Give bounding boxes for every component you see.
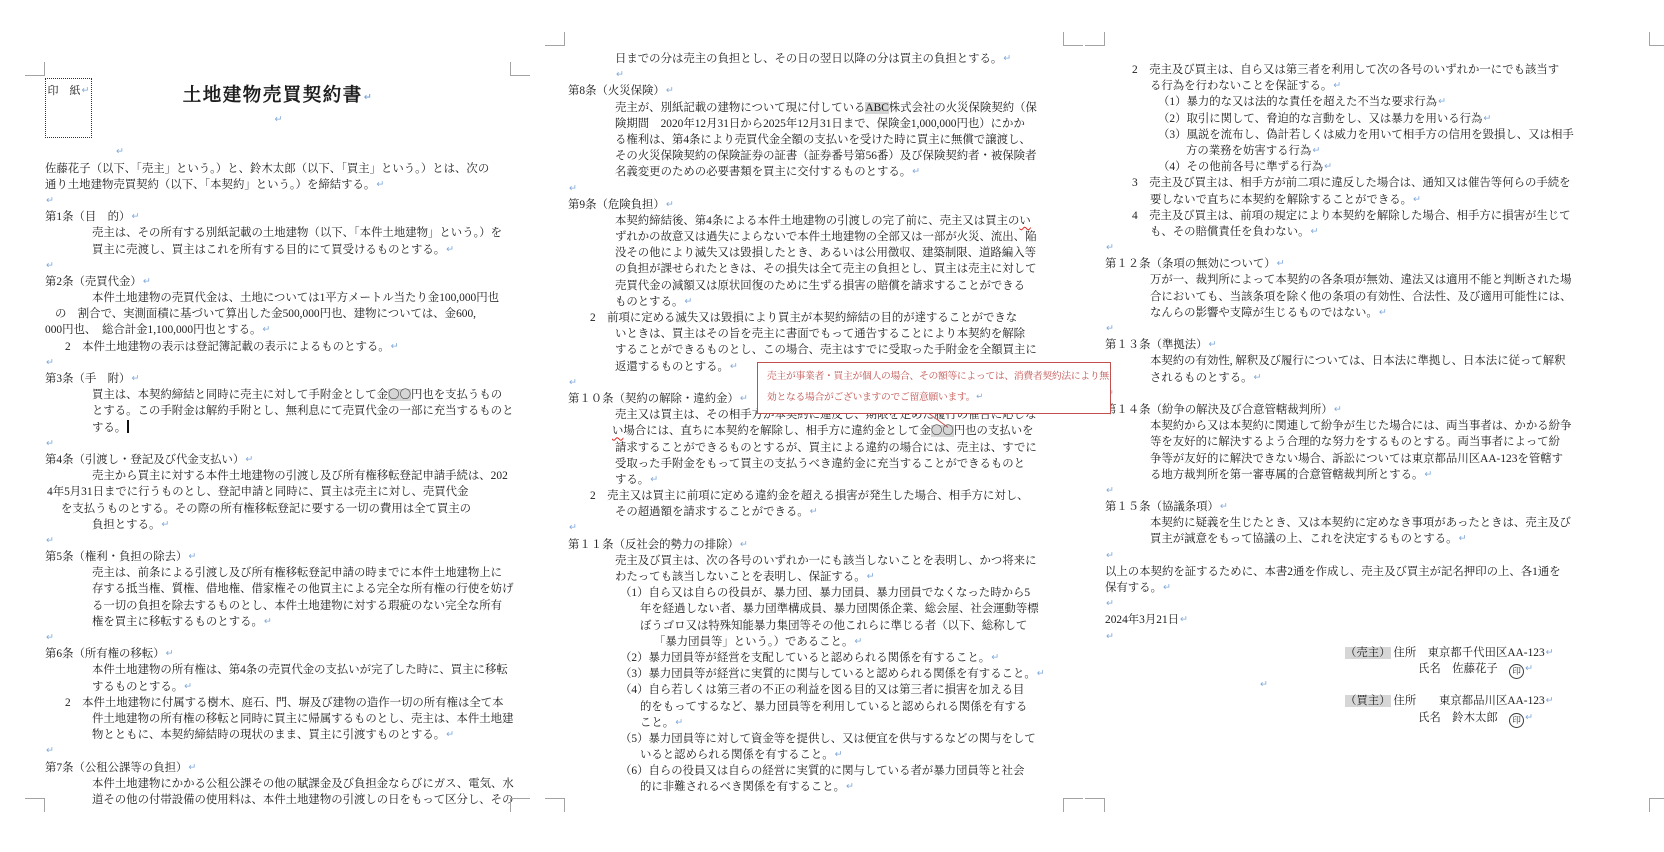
return-mark-icon: ↵ (1412, 194, 1421, 205)
return-mark-icon: ↵ (1105, 485, 1114, 496)
text-run: る権利は、第4条により売買代金全額の支払いを受けた時に買主に無償で譲渡し、 (615, 134, 1031, 146)
return-mark-icon: ↵ (975, 392, 983, 402)
text-run: も、その賠償責任を負わない。 (1150, 226, 1309, 238)
text-run: 第6条（所有権の移転） (45, 648, 165, 660)
text-run: わたっても該当しないことを表明し、保証する。 (615, 571, 866, 583)
text-run: 2 本件土地建物の表示は登記簿記載の表示によるものとする。 (65, 341, 390, 353)
return-mark-icon: ↵ (665, 85, 674, 96)
text-line: る一切の負担を除去するものとし、本件土地建物に対する瑕疵のない完全な所有 (45, 598, 511, 614)
text-run: 第１４条（紛争の解決及び合意管轄裁判所） (1105, 404, 1333, 416)
comment-balloon[interactable]: 売主が事業者・買主が個人の場合、その額等によっては、消費者契約法により無 効とな… (757, 362, 1111, 414)
blank-line: ↵ (45, 144, 511, 160)
blank-line: ↵ (1105, 596, 1653, 612)
text-run: とする。この手附金は解約手附とし、無利息にて売買代金の一部に充当するものと (92, 405, 513, 417)
buyer-address-line: （買主） 住所 東京都品川区AA-123↵ (1105, 693, 1653, 709)
article-heading: 第１２条（条項の無効について）↵ (1105, 256, 1653, 272)
text-run: （3）風説を流布し、偽計若しくは威力を用いて相手方の信用を毀損し、又は相手 (1158, 129, 1574, 141)
text-run: 合においても、当該条項を除く他の条項の有効性、合法性、及び適用可能性には、 (1150, 291, 1571, 303)
text-run: 2 売主又は買主に前項に定める違約金を超える損害が発生した場合、相手方に対し、 (590, 490, 1029, 502)
text-line: いると認められる関係を有すること。↵ (568, 747, 1066, 763)
text-run: 第１３条（準拠法） (1105, 339, 1208, 351)
return-mark-icon: ↵ (1545, 647, 1554, 658)
return-mark-icon: ↵ (160, 519, 169, 530)
text-line: の負担が課せられたときは、その損失は全て売主の負担とし、買主は売主に対して (568, 261, 1066, 277)
text-run: 000円也、 総合計金1,100,000円也とする。 (45, 324, 261, 336)
return-mark-icon: ↵ (683, 296, 692, 307)
return-mark-icon: ↵ (1323, 161, 1332, 172)
text-line: 存する抵当権、質権、借地権、借家権その他買主による完全な所有権の行使を妨げ (45, 581, 511, 597)
text-line: 3 売主及び買主は、相手方が前二項に違反した場合は、通知又は催告等何らの手続を (1105, 175, 1653, 191)
blank-line: ↵ (568, 181, 1066, 197)
text-line: （1）暴力的な又は法的な責任を超えた不当な要求行為↵ (1105, 94, 1653, 110)
crop-mark (1063, 798, 1083, 812)
text-line: 等を友好的に解決するよう合理的な努力をするものとする。両当事者によって紛 (1105, 434, 1653, 450)
return-mark-icon: ↵ (1208, 339, 1217, 350)
page-3: 2 売主及び買主は、自ら又は第三者を利用して次の各号のいずれか一にでも該当する行… (1105, 62, 1653, 726)
return-mark-icon: ↵ (1378, 307, 1387, 318)
text-run: する。 (92, 422, 126, 434)
text-run: 氏名 鈴木太郎 (1418, 712, 1509, 724)
text-run: 氏名 佐藤花子 (1418, 663, 1509, 675)
text-run: 2 前項に定める滅失又は毀損により買主が本契約締結の目的が達することができな (590, 312, 1017, 324)
text-run: その超過額を請求することができる。 (615, 506, 809, 518)
return-mark-icon: ↵ (911, 166, 920, 177)
text-run: 3 売主及び買主は、相手方が前二項に違反した場合は、通知又は催告等何らの手続を (1132, 177, 1571, 189)
text-run: 4 売主及び買主は、前項の規定により本契約を解除した場合、相手方に損害が生じて (1132, 210, 1571, 222)
return-mark-icon: ↵ (615, 69, 624, 80)
text-run: 買主に売渡し、買主はこれを所有する目的にて買受けるものとする。 (92, 244, 445, 256)
text-line: 本契約に疑義を生じたとき、又は本契約に定めなき事項があったときは、売主及び (1105, 515, 1653, 531)
text-run: 保有する。 (1105, 582, 1162, 594)
return-mark-icon: ↵ (130, 211, 139, 222)
document-title: 土地建物売買契約書↵ (45, 80, 511, 112)
text-run: 負担とする。 (92, 519, 160, 531)
return-mark-icon: ↵ (1219, 501, 1228, 512)
text-run: 等を友好的に解決するよう合理的な努力をするものとする。両当事者によって紛 (1150, 436, 1560, 448)
blank-line: ↵ (45, 193, 511, 209)
text-run: 本契約の有効性, 解釈及び履行については、日本法に準拠し、日本法に従って解釈 (1150, 355, 1566, 367)
text-run: 争等が友好的に解決できない場合、訴訟については東京都品川区AA-123を管轄す (1150, 453, 1563, 465)
text-line: こと。↵ (568, 715, 1066, 731)
text-run: 本契約に疑義を生じたとき、又は本契約に定めなき事項があったときは、売主及び (1150, 517, 1571, 529)
return-mark-icon: ↵ (1458, 533, 1467, 544)
text-line: る地方裁判所を第一審専属的合意管轄裁判所とする。↵ (1105, 467, 1653, 483)
text-run: （2）取引に関して、脅迫的な言動をし、又は暴力を用いる行為 (1158, 113, 1482, 125)
text-run: 日までの分は売主の負担とし、その日の翌日以降の分は買主の負担とする。 (615, 53, 1002, 65)
return-mark-icon: ↵ (739, 393, 748, 404)
text-run: 険期間 2020年12月31日から2025年12月31日まで、保険金1,000,… (615, 118, 1025, 130)
text-run: こと。 (640, 717, 674, 729)
text-run: 買主が誠意をもって協議の上、これを決定するものとする。 (1150, 533, 1458, 545)
return-mark-icon: ↵ (1311, 145, 1320, 156)
return-mark-icon: ↵ (1333, 404, 1342, 415)
text-line: 争等が友好的に解決できない場合、訴訟については東京都品川区AA-123を管轄す (1105, 451, 1653, 467)
text-run: する。 (615, 474, 649, 486)
text-run: 存する抵当権、質権、借地権、借家権その他買主による完全な所有権の行使を妨げ (92, 583, 513, 595)
text-run: 第8条（火災保険） (568, 85, 665, 97)
return-mark-icon: ↵ (130, 373, 139, 384)
text-run: の 割合で、実測面積に基づいて算出した金500,000円也、建物については、金6… (55, 308, 476, 320)
text-line: 年を経過しない者、暴力団準構成員、暴力団関係企業、総会屋、社会運動等標 (568, 601, 1066, 617)
text-run: 売主から買主に対する本件土地建物の引渡し及び所有権移転登記申請手続は、202 (92, 470, 508, 482)
highlighted-text: （買主） (1345, 695, 1391, 707)
text-run: （4）その他前各号に準ずる行為 (1158, 161, 1323, 173)
text-line: 売主は、前条による引渡し及び所有権移転登記申請の時までに本件土地建物上に (45, 565, 511, 581)
text-line: 売主から買主に対する本件土地建物の引渡し及び所有権移転登記申請手続は、202 (45, 468, 511, 484)
blank-line: ↵ (45, 436, 511, 452)
text-run: 売主及び買主は、次の各号のいずれか一にも該当しないことを表明し、かつ将来に (615, 555, 1036, 567)
text-line: 売主及び買主は、次の各号のいずれか一にも該当しないことを表明し、かつ将来に (568, 553, 1066, 569)
document-canvas: { "document": { "title": "土地建物売買契約書", "s… (0, 0, 1664, 852)
text-run: なんらの影響や支障が生じるものではない。 (1150, 307, 1378, 319)
text-line: するものとする。↵ (45, 679, 511, 695)
text-run: 本件土地建物にかかる公租公課その他の賦課金及び負担金ならびにガス、電気、水 (92, 778, 514, 790)
return-mark-icon: ↵ (739, 539, 748, 550)
text-run: 住所 東京都千代田区AA-123 (1391, 647, 1545, 659)
return-mark-icon: ↵ (261, 324, 270, 335)
text-run: 第１１条（反社会的勢力の排除） (568, 539, 739, 551)
text-run: その火災保険契約の保険証券の証書（証券番号第56番）及び保険契約者・被保険者 (615, 150, 1036, 162)
text-line: 「暴力団員等」という。）であること。↵ (568, 634, 1066, 650)
blank-line (45, 128, 511, 144)
return-mark-icon: ↵ (834, 749, 843, 760)
text-run: 第1条（目 的） (45, 211, 130, 223)
return-mark-icon: ↵ (1002, 53, 1011, 64)
text-run: 的をもってするなど、暴力団員等を利用していると認められる関係を有する (640, 701, 1027, 713)
text-line: を支払うものとする。その際の所有権移転登記に要する一切の費用は全て買主の (45, 501, 511, 517)
blank-line: ↵ (1105, 548, 1653, 564)
text-line: 件土地建物の所有権の移転と同時に買主に帰属するものとし、売主は、本件土地建 (45, 711, 511, 727)
text-line: 買主は、本契約締結と同時に売主に対して手附金として金〇〇円也を支払うもの (45, 387, 511, 403)
return-mark-icon: ↵ (1259, 679, 1268, 690)
text-run: 売主は、その所有する別紙記載の土地建物（以下、「本件土地建物」という。）を (92, 227, 502, 239)
text-line: （2）取引に関して、脅迫的な言動をし、又は暴力を用いる行為↵ (1105, 111, 1653, 127)
blank-line: ↵ (45, 533, 511, 549)
blank-line: ↵ (1105, 483, 1653, 499)
text-run: 佐藤花子（以下、「売主」という。）と、鈴木太郎（以下、「買主」という。）とは、次… (45, 163, 489, 175)
text-run: 場合には、直ちに本契約を解除し、相手方に違約金として金 (623, 425, 931, 437)
text-run: （4）自ら若しくは第三者の不正の利益を図る目的又は第三者に損害を加える目 (620, 684, 1024, 696)
blank-line: ↵ (1105, 386, 1653, 402)
return-mark-icon: ↵ (1276, 258, 1285, 269)
text-line: 請求することができるものとするが、買主による違約の場合には、売主は、すでに (568, 440, 1066, 456)
text-line: 2 前項に定める滅失又は毀損により買主が本契約締結の目的が達することができな (568, 310, 1066, 326)
text-run: されるものとする。 (1150, 372, 1253, 384)
spellcheck-text: い (1019, 215, 1030, 227)
text-line: する。↵ (568, 472, 1066, 488)
return-mark-icon: ↵ (1309, 226, 1318, 237)
text-line: 本契約の有効性, 解釈及び履行については、日本法に準拠し、日本法に従って解釈 (1105, 353, 1653, 369)
return-mark-icon: ↵ (375, 179, 384, 190)
text-run: （2）暴力団員等が経営を支配していると認められる関係を有すること。 (620, 652, 990, 664)
text-line: （2）暴力団員等が経営を支配していると認められる関係を有すること。↵ (568, 650, 1066, 666)
text-line: いときは、買主はその旨を売主に書面でもって通告することにより本契約を解除 (568, 326, 1066, 342)
page-2: 日までの分は売主の負担とし、その日の翌日以降の分は買主の負担とする。↵↵第8条（… (568, 51, 1066, 796)
return-mark-icon: ↵ (1423, 469, 1432, 480)
text-run: いると認められる関係を有すること。 (640, 749, 834, 761)
return-mark-icon: ↵ (445, 244, 454, 255)
return-mark-icon: ↵ (853, 636, 862, 647)
text-line: （6）自らの役員又は自らの経営に実質的に関与している者が暴力団員等と社会 (568, 763, 1066, 779)
text-run: 件土地建物の所有権の移転と同時に買主に帰属するものとし、売主は、本件土地建 (92, 713, 513, 725)
article-heading: 第7条（公租公課等の負担）↵ (45, 760, 511, 776)
text-line: 本件土地建物にかかる公租公課その他の賦課金及び負担金ならびにガス、電気、水 (45, 776, 511, 792)
return-mark-icon: ↵ (1162, 582, 1171, 593)
text-run: る一切の負担を除去するものとし、本件土地建物に対する瑕疵のない完全な所有 (92, 600, 502, 612)
text-line: 本契約締結後、第4条による本件土地建物の引渡しの完了前に、売主又は買主のい (568, 213, 1066, 229)
text-line: 名義変更のための必要書類を買主に交付するものとする。↵ (568, 164, 1066, 180)
text-run: 2024年3月21日 (1105, 614, 1179, 626)
text-line: ぼうゴロ又は特殊知能暴力集団等その他これらに準じる者（以下、総称して (568, 618, 1066, 634)
text-line: 2 本件土地建物に付属する樹木、庭石、門、塀及び建物の造作一切の所有権は全て本 (45, 695, 511, 711)
return-mark-icon: ↵ (363, 92, 373, 103)
blank-line: ↵ (45, 258, 511, 274)
text-run: 2 売主及び買主は、自ら又は第三者を利用して次の各号のいずれか一にでも該当す (1132, 64, 1559, 76)
text-line: 4 売主及び買主は、前項の規定により本契約を解除した場合、相手方に損害が生じて (1105, 208, 1653, 224)
text-run: 通り土地建物売買契約（以下、「本契約」という。）を締結する。 (45, 179, 375, 191)
return-mark-icon: ↵ (1332, 80, 1341, 91)
return-mark-icon: ↵ (183, 681, 192, 692)
text-line: も、その賠償責任を負わない。↵ (1105, 224, 1653, 240)
return-mark-icon: ↵ (1545, 695, 1554, 706)
article-heading: 第１５条（協議条項）↵ (1105, 499, 1653, 515)
crop-mark (25, 798, 45, 812)
blank-line: ↵ (1105, 321, 1653, 337)
return-mark-icon: ↵ (1253, 372, 1262, 383)
text-run: （5）暴力団員等に対して資金等を提供し、又は便宜を供与するなどの関与をして (620, 733, 1036, 745)
text-line: する。 (45, 420, 511, 436)
blank-line: ↵ (1105, 629, 1653, 645)
blank-line: ↵ (45, 630, 511, 646)
text-line: 本件土地建物の売買代金は、土地については1平方メートル当たり金100,000円也 (45, 290, 511, 306)
crop-mark (545, 32, 565, 46)
text-line: することができるものとし、この場合、売主はすでに受取った手附金を全額買主に (568, 342, 1066, 358)
text-run: （1）自ら又は自らの役員が、暴力団、暴力団員、暴力団員でなくなった時から5 (620, 587, 1030, 599)
return-mark-icon: ↵ (1482, 113, 1491, 124)
text-run: 本件土地建物の売買代金は、土地については1平方メートル当たり金100,000円也 (92, 292, 499, 304)
text-run: 第１５条（協議条項） (1105, 501, 1219, 513)
text-line: 日までの分は売主の負担とし、その日の翌日以降の分は買主の負担とする。↵ (568, 51, 1066, 67)
text-line: い場合には、直ちに本契約を解除し、相手方に違約金として金〇〇円也の支払いを (568, 423, 1066, 439)
text-run: 要しないで直ちに本契約を解除することができる。 (1150, 194, 1412, 206)
seller-address-line: （売主） 住所 東京都千代田区AA-123↵ (1105, 645, 1653, 661)
text-line: 佐藤花子（以下、「売主」という。）と、鈴木太郎（以下、「買主」という。）とは、次… (45, 161, 511, 177)
return-mark-icon: ↵ (568, 522, 577, 533)
text-line: 以上の本契約を証するために、本書2通を作成し、売主及び買主が記名押印の上、各1通… (1105, 564, 1653, 580)
text-line: 売買代金の減額又は原状回復のために生ずる損害の賠償を請求することができる (568, 278, 1066, 294)
text-run: することができるものとし、この場合、売主はすでに受取った手附金を全額買主に (615, 344, 1037, 356)
text-line: （4）その他前各号に準ずる行為↵ (1105, 159, 1653, 175)
crop-mark (545, 798, 565, 812)
crop-mark (25, 62, 45, 76)
seal-icon: 印 (1509, 713, 1524, 728)
return-mark-icon: ↵ (263, 616, 272, 627)
return-mark-icon: ↵ (1105, 242, 1114, 253)
text-line: 本契約から又は本契約に関連して紛争が生じた場合には、両当事者は、かかる紛争 (1105, 418, 1653, 434)
return-mark-icon: ↵ (845, 781, 854, 792)
text-line: 2 売主及び買主は、自ら又は第三者を利用して次の各号のいずれか一にでも該当す (1105, 62, 1653, 78)
return-mark-icon: ↵ (674, 717, 683, 728)
return-mark-icon: ↵ (445, 729, 454, 740)
crop-mark (1085, 32, 1105, 46)
article-heading: 第2条（売買代金）↵ (45, 274, 511, 290)
text-run: る地方裁判所を第一審専属的合意管轄裁判所とする。 (1150, 469, 1423, 481)
comment-text-line: 効となる場合がございますのでご留意願います。↵ (767, 387, 1106, 408)
text-line: 万が一、裁判所によって本契約の各条項が無効、違法又は適用不能と判断された場 (1105, 272, 1653, 288)
text-line: 険期間 2020年12月31日から2025年12月31日まで、保険金1,000,… (568, 116, 1066, 132)
text-run: 第5条（権利・負担の除去） (45, 551, 187, 563)
article-heading: 第１４条（紛争の解決及び合意管轄裁判所）↵ (1105, 402, 1653, 418)
crop-mark (1649, 798, 1664, 812)
text-run: 第１２条（条項の無効について） (1105, 258, 1276, 270)
text-run: （6）自らの役員又は自らの経営に実質的に関与している者が暴力団員等と社会 (620, 765, 1024, 777)
article-heading: 第6条（所有権の移転）↵ (45, 646, 511, 662)
text-run: る行為を行わないことを保証する。 (1150, 80, 1332, 92)
article-heading: 第4条（引渡し・登記及び代金支払い）↵ (45, 452, 511, 468)
highlighted-text: ABC (865, 102, 888, 114)
text-line: 合においても、当該条項を除く他の条項の有効性、合法性、及び適用可能性には、 (1105, 289, 1653, 305)
return-mark-icon: ↵ (568, 183, 577, 194)
text-line: 没その他により滅失又は毀損したとき、あるいは公用徴収、建築制限、道路編入等 (568, 245, 1066, 261)
return-mark-icon: ↵ (990, 652, 999, 663)
return-mark-icon: ↵ (274, 114, 283, 125)
text-line: 本件土地建物の所有権は、第4条の売買代金の支払いが完了した時に、買主に移転 (45, 662, 511, 678)
text-run: 受取った手附金をもって買主の支払うべき違約金に充当することができるものと (615, 458, 1025, 470)
blank-line: ↵ (45, 112, 511, 128)
text-line: 権を買主に移転するものとする。↵ (45, 614, 511, 630)
text-run: 2 本件土地建物に付属する樹木、庭石、門、塀及び建物の造作一切の所有権は全て本 (65, 697, 504, 709)
return-mark-icon: ↵ (45, 260, 54, 271)
text-line: 道その他の付帯設備の使用料は、本件土地建物の引渡しの日をもって区分し、その (45, 792, 511, 808)
buyer-name-line: 氏名 鈴木太郎 印↵ (1105, 710, 1653, 726)
return-mark-icon: ↵ (115, 146, 124, 157)
text-line: なんらの影響や支障が生じるものではない。↵ (1105, 305, 1653, 321)
return-mark-icon: ↵ (1105, 323, 1114, 334)
text-line: 的に非難されるべき関係を有すること。↵ (568, 779, 1066, 795)
text-line: とする。この手附金は解約手附とし、無利息にて売買代金の一部に充当するものと (45, 403, 511, 419)
text-run: 第2条（売買代金） (45, 276, 142, 288)
text-line: されるものとする。↵ (1105, 370, 1653, 386)
text-line: 保有する。↵ (1105, 580, 1653, 596)
text-run: 第3条（手 附） (45, 373, 130, 385)
text-line: 要しないで直ちに本契約を解除することができる。↵ (1105, 192, 1653, 208)
spellcheck-text: い (612, 425, 623, 437)
text-run: 本契約から又は本契約に関連して紛争が生じた場合には、両当事者は、かかる紛争 (1150, 420, 1571, 432)
text-line: 000円也、 総合計金1,100,000円也とする。↵ (45, 322, 511, 338)
text-run: を支払うものとする。その際の所有権移転登記に要する一切の費用は全て買主の (61, 503, 471, 515)
blank-line: ↵ (1105, 677, 1653, 693)
highlighted-text: 〇〇 (388, 389, 411, 401)
highlighted-text: 〇〇 (931, 425, 954, 437)
text-run: ぼうゴロ又は特殊知能暴力集団等その他これらに準じる者（以下、総称して (640, 620, 1027, 632)
return-mark-icon: ↵ (1036, 668, 1045, 679)
text-run: 土地建物売買契約書 (183, 86, 363, 106)
text-run: ずれかの故意又は過失によらないで本件土地建物の全部又は一部が火災、流出、陥 (615, 231, 1036, 243)
text-line: 売主は、その所有する別紙記載の土地建物（以下、「本件土地建物」という。）を (45, 225, 511, 241)
text-run: 年を経過しない者、暴力団準構成員、暴力団関係企業、総会屋、社会運動等標 (640, 603, 1039, 615)
text-run: 買主は、本契約締結と同時に売主に対して手附金として金 (92, 389, 388, 401)
text-run: 株式会社の火災保険契約（保 (889, 102, 1037, 114)
text-run: （3）暴力団員等が経営に実質的に関与していると認められる関係を有すること。 (620, 668, 1036, 680)
crop-mark (1063, 32, 1083, 46)
text-line: る行為を行わないことを保証する。↵ (1105, 78, 1653, 94)
text-line: （1）自ら又は自らの役員が、暴力団、暴力団員、暴力団員でなくなった時から5 (568, 585, 1066, 601)
page-1: 土地建物売買契約書↵↵↵佐藤花子（以下、「売主」という。）と、鈴木太郎（以下、「… (45, 80, 511, 808)
text-run: 本件土地建物の所有権は、第4条の売買代金の支払いが完了した時に、買主に移転 (92, 664, 508, 676)
text-run: 方の業務を妨害する行為 (1186, 145, 1311, 157)
blank-line: ↵ (45, 355, 511, 371)
text-run: 没その他により滅失又は毀損したとき、あるいは公用徴収、建築制限、道路編入等 (615, 247, 1036, 259)
text-run: 本契約締結後、第4条による本件土地建物の引渡しの完了前に、売主又は買主の (615, 215, 1019, 227)
text-line: （5）暴力団員等に対して資金等を提供し、又は便宜を供与するなどの関与をして (568, 731, 1066, 747)
text-run: 名義変更のための必要書類を買主に交付するものとする。 (615, 166, 911, 178)
text-run: するものとする。 (92, 681, 183, 693)
return-mark-icon: ↵ (244, 454, 253, 465)
text-line: 買主に売渡し、買主はこれを所有する目的にて買受けるものとする。↵ (45, 242, 511, 258)
return-mark-icon: ↵ (45, 632, 54, 643)
return-mark-icon: ↵ (866, 571, 875, 582)
text-line: その火災保険契約の保険証券の証書（証券番号第56番）及び保険契約者・被保険者 (568, 148, 1066, 164)
text-run: 売買代金の減額又は原状回復のために生ずる損害の賠償を請求することができる (615, 280, 1025, 292)
text-line: その超過額を請求することができる。↵ (568, 504, 1066, 520)
return-mark-icon: ↵ (1105, 550, 1114, 561)
text-run: 円也を支払うもの (411, 389, 502, 401)
text-line: 負担とする。↵ (45, 517, 511, 533)
crop-mark (1085, 798, 1105, 812)
text-run: 円也の支払いを (954, 425, 1034, 437)
return-mark-icon: ↵ (809, 506, 818, 517)
text-run: 第１０条（契約の解除・違約金） (568, 393, 739, 405)
text-line: わたっても該当しないことを表明し、保証する。↵ (568, 569, 1066, 585)
return-mark-icon: ↵ (390, 341, 399, 352)
text-run: 住所 東京都品川区AA-123 (1391, 695, 1545, 707)
return-mark-icon: ↵ (187, 551, 196, 562)
article-heading: 第5条（権利・負担の除去）↵ (45, 549, 511, 565)
comment-text-line: 売主が事業者・買主が個人の場合、その額等によっては、消費者契約法により無 (767, 367, 1106, 387)
text-line: 通り土地建物売買契約（以下、「本契約」という。）を締結する。↵ (45, 177, 511, 193)
contract-date: 2024年3月21日↵ (1105, 612, 1653, 628)
return-mark-icon: ↵ (665, 199, 674, 210)
text-run: 以上の本契約を証するために、本書2通を作成し、売主及び買主が記名押印の上、各1通… (1105, 566, 1561, 578)
text-run: いときは、買主はその旨を売主に書面でもって通告することにより本契約を解除 (615, 328, 1025, 340)
crop-mark (510, 798, 530, 812)
text-run: 返還するものとする。 (615, 361, 729, 373)
text-run: 道その他の付帯設備の使用料は、本件土地建物の引渡しの日をもって区分し、その (92, 794, 513, 806)
text-line: （4）自ら若しくは第三者の不正の利益を図る目的又は第三者に損害を加える目 (568, 682, 1066, 698)
text-line: る権利は、第4条により売買代金全額の支払いを受けた時に買主に無償で譲渡し、 (568, 132, 1066, 148)
text-run: 4年5月31日までに行うものとし、登記申請と同時に、買主は売主に対し、売買代金 (47, 486, 468, 498)
crop-mark (1649, 32, 1664, 46)
return-mark-icon: ↵ (165, 648, 174, 659)
return-mark-icon: ↵ (187, 762, 196, 773)
highlighted-text: （売主） (1345, 647, 1391, 659)
text-run: 権を買主に移転するものとする。 (92, 616, 263, 628)
text-line: 方の業務を妨害する行為↵ (1105, 143, 1653, 159)
text-line: 売主が、別紙記載の建物について現に付しているABC株式会社の火災保険契約（保 (568, 100, 1066, 116)
text-run: 売主は、前条による引渡し及び所有権移転登記申請の時までに本件土地建物上に (92, 567, 502, 579)
text-cursor (127, 420, 128, 433)
return-mark-icon: ↵ (729, 361, 738, 372)
text-line: 物とともに、本契約締結時の現状のまま、買主に引渡すものとする。↵ (45, 727, 511, 743)
text-line: の 割合で、実測面積に基づいて算出した金500,000円也、建物については、金6… (45, 306, 511, 322)
article-heading: 第8条（火災保険）↵ (568, 83, 1066, 99)
text-line: 2 売主又は買主に前項に定める違約金を超える損害が発生した場合、相手方に対し、 (568, 488, 1066, 504)
text-run: 第7条（公租公課等の負担） (45, 762, 187, 774)
return-mark-icon: ↵ (1105, 598, 1114, 609)
seller-name-line: 氏名 佐藤花子 印↵ (1105, 661, 1653, 677)
return-mark-icon: ↵ (45, 438, 54, 449)
return-mark-icon: ↵ (1437, 96, 1446, 107)
